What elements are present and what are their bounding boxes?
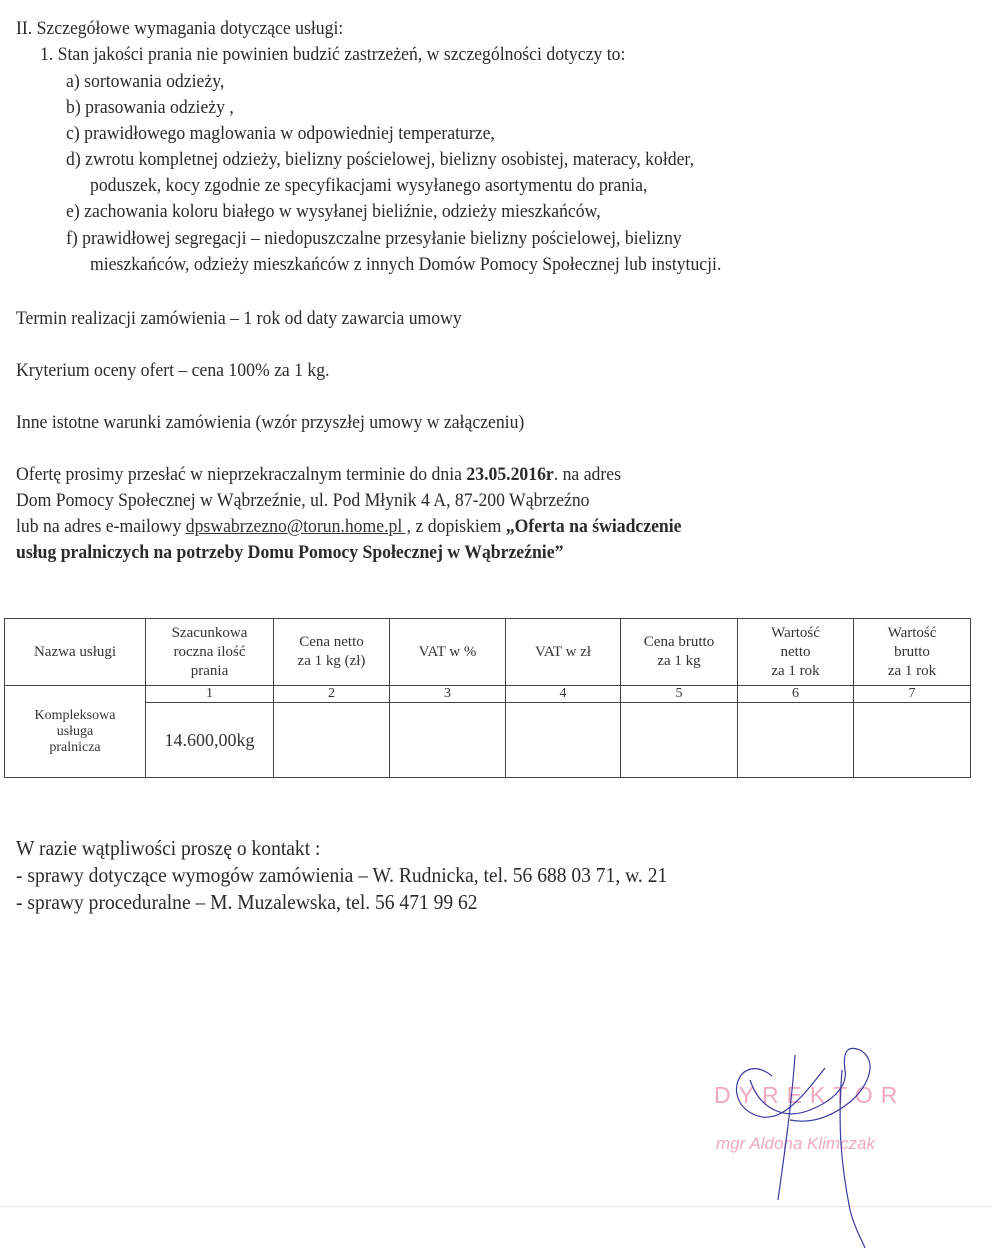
- header-text: brutto: [894, 644, 930, 660]
- service-text: pralnicza: [49, 740, 100, 755]
- submission-address: Dom Pomocy Społecznej w Wąbrzeźnie, ul. …: [16, 489, 590, 513]
- column-number: 5: [621, 686, 738, 703]
- header-text: roczna ilość: [173, 644, 245, 660]
- submission-line-3: lub na adres e-mailowy dpswabrzezno@toru…: [16, 515, 682, 539]
- column-number: 7: [854, 686, 971, 703]
- other-conditions: Inne istotne warunki zamówienia (wzór pr…: [16, 411, 524, 435]
- header-text: za 1 rok: [888, 663, 936, 679]
- net-price-cell: [274, 703, 390, 778]
- table-header-row: Nazwa usługi Szacunkowaroczna ilośćprani…: [5, 619, 971, 686]
- requirement-item-e: e) zachowania koloru białego w wysyłanej…: [66, 200, 601, 224]
- contact-intro: W razie wątpliwości proszę o kontakt :: [16, 835, 320, 861]
- header-text: prania: [191, 663, 228, 679]
- submission-text: . na adres: [554, 464, 621, 485]
- service-name-cell: Kompleksowausługapralnicza: [5, 686, 146, 778]
- column-number: 4: [506, 686, 621, 703]
- header-net-price: Cena nettoza 1 kg (zł): [274, 619, 390, 686]
- deadline-date: 23.05.2016r: [466, 464, 553, 485]
- table-row: 14.600,00kg: [5, 703, 971, 778]
- header-text: za 1 kg (zł): [298, 653, 366, 669]
- header-service-name: Nazwa usługi: [5, 619, 146, 686]
- requirement-item-a: a) sortowania odzieży,: [66, 70, 224, 94]
- signature-icon: [680, 1040, 940, 1248]
- requirement-item-f-cont: mieszkańców, odzieży mieszkańców z innyc…: [90, 253, 721, 277]
- service-text: usługa: [57, 724, 94, 739]
- column-number: 3: [390, 686, 506, 703]
- net-value-cell: [738, 703, 854, 778]
- header-estimated-quantity: Szacunkowaroczna ilośćprania: [146, 619, 274, 686]
- header-net-value: Wartośćnettoza 1 rok: [738, 619, 854, 686]
- requirement-item-d-cont: poduszek, kocy zgodnie ze specyfikacjami…: [90, 174, 647, 198]
- column-number: 1: [146, 686, 274, 703]
- requirement-item-b: b) prasowania odzieży ,: [66, 96, 234, 120]
- price-offer-table: Nazwa usługi Szacunkowaroczna ilośćprani…: [4, 618, 971, 778]
- gross-value-cell: [854, 703, 971, 778]
- header-text: VAT w zł: [535, 644, 591, 660]
- contact-line-requirements: - sprawy dotyczące wymogów zamówienia – …: [16, 862, 667, 888]
- header-text: netto: [781, 644, 811, 660]
- service-text: Kompleksowa: [35, 708, 116, 723]
- column-number: 6: [738, 686, 854, 703]
- requirement-item-c: c) prawidłowego maglowania w odpowiednie…: [66, 122, 495, 146]
- requirement-item-d: d) zwrotu kompletnej odzieży, bielizny p…: [66, 148, 694, 172]
- column-number-row: Kompleksowausługapralnicza 1 2 3 4 5 6 7: [5, 686, 971, 703]
- header-vat-percent: VAT w %: [390, 619, 506, 686]
- header-gross-price: Cena bruttoza 1 kg: [621, 619, 738, 686]
- requirement-point-1: 1. Stan jakości prania nie powinien budz…: [40, 43, 625, 67]
- header-text: VAT w %: [419, 644, 477, 660]
- header-text: za 1 rok: [771, 663, 819, 679]
- header-text: Wartość: [771, 625, 820, 641]
- section-heading: II. Szczegółowe wymagania dotyczące usłu…: [16, 17, 343, 41]
- quantity-cell: 14.600,00kg: [146, 703, 274, 778]
- evaluation-criterion: Kryterium oceny ofert – cena 100% za 1 k…: [16, 359, 330, 383]
- header-text: Nazwa usługi: [34, 644, 116, 660]
- submission-text: z dopiskiem: [411, 516, 506, 537]
- submission-text: Ofertę prosimy przesłać w nieprzekraczal…: [16, 464, 466, 485]
- completion-term: Termin realizacji zamówienia – 1 rok od …: [16, 307, 462, 331]
- submission-text: lub na adres e-mailowy: [16, 516, 186, 537]
- submission-line-1: Ofertę prosimy przesłać w nieprzekraczal…: [16, 463, 621, 487]
- header-vat-amount: VAT w zł: [506, 619, 621, 686]
- header-text: Wartość: [888, 625, 937, 641]
- header-text: za 1 kg: [657, 653, 700, 669]
- contact-line-procedural: - sprawy proceduralne – M. Muzalewska, t…: [16, 889, 478, 915]
- gross-price-cell: [621, 703, 738, 778]
- email-link[interactable]: dpswabrzezno@torun.home.pl ,: [186, 516, 411, 537]
- annotation-text: „Oferta na świadczenie: [506, 516, 682, 537]
- vat-amount-cell: [506, 703, 621, 778]
- annotation-text-cont: usług pralniczych na potrzeby Domu Pomoc…: [16, 541, 563, 565]
- header-text: Cena brutto: [644, 634, 714, 650]
- vat-percent-cell: [390, 703, 506, 778]
- column-number: 2: [274, 686, 390, 703]
- requirement-item-f: f) prawidłowej segregacji – niedopuszcza…: [66, 227, 682, 251]
- header-gross-value: Wartośćbruttoza 1 rok: [854, 619, 971, 686]
- header-text: Szacunkowa: [172, 625, 248, 641]
- header-text: Cena netto: [299, 634, 364, 650]
